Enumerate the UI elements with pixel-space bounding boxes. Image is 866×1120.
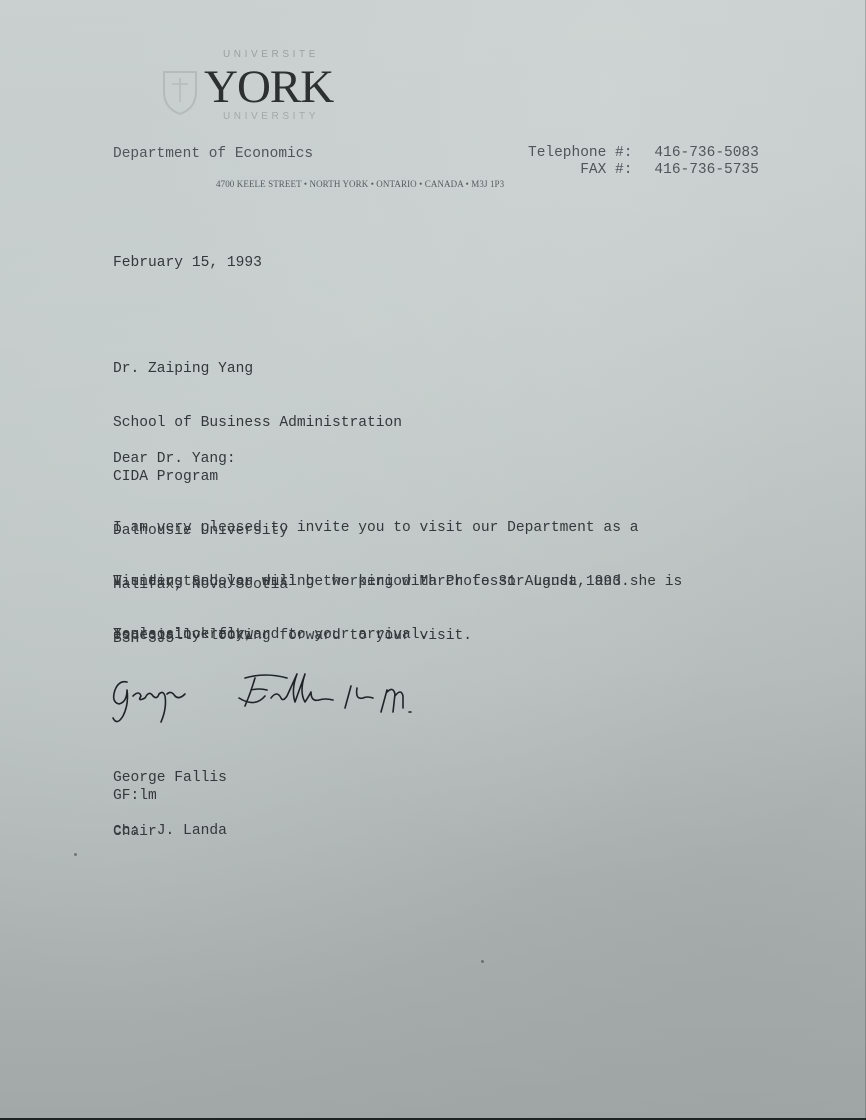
department-name: Department of Economics <box>113 146 313 162</box>
fax-number: 416-736-5735 <box>654 162 782 179</box>
contact-block: Telephone #: 416-736-5083 FAX #: 416-736… <box>528 145 782 179</box>
telephone-label: Telephone #: <box>528 145 632 162</box>
paragraph-line: I understand you will be working with Pr… <box>113 573 682 591</box>
paragraph-line: I am very pleased to invite you to visit… <box>113 519 638 537</box>
letterhead-york-logo: YORK <box>204 64 333 111</box>
signer-name: George Fallis <box>113 769 227 787</box>
closing: Yours sincerely, <box>113 626 253 644</box>
reference-initials: GF:lm <box>113 787 157 805</box>
letter-date: February 15, 1993 <box>113 254 262 272</box>
salutation: Dear Dr. Yang: <box>113 450 236 468</box>
recipient-line: Dr. Zaiping Yang <box>113 360 402 378</box>
fax-label: FAX #: <box>580 162 632 179</box>
carbon-copy-line: cc: J. Landa <box>113 822 227 840</box>
paper-speck <box>481 960 484 963</box>
telephone-number: 416-736-5083 <box>654 145 782 162</box>
handwritten-signature <box>105 668 450 730</box>
recipient-line: School of Business Administration <box>113 414 402 432</box>
letterhead-university: UNIVERSITY <box>212 111 330 122</box>
letterhead-universite: UNIVERSITE <box>212 49 330 60</box>
letterhead-address: 4700 KEELE STREET • NORTH YORK • ONTARIO… <box>216 179 504 189</box>
university-crest-icon <box>160 68 200 116</box>
paper-speck <box>74 853 77 856</box>
